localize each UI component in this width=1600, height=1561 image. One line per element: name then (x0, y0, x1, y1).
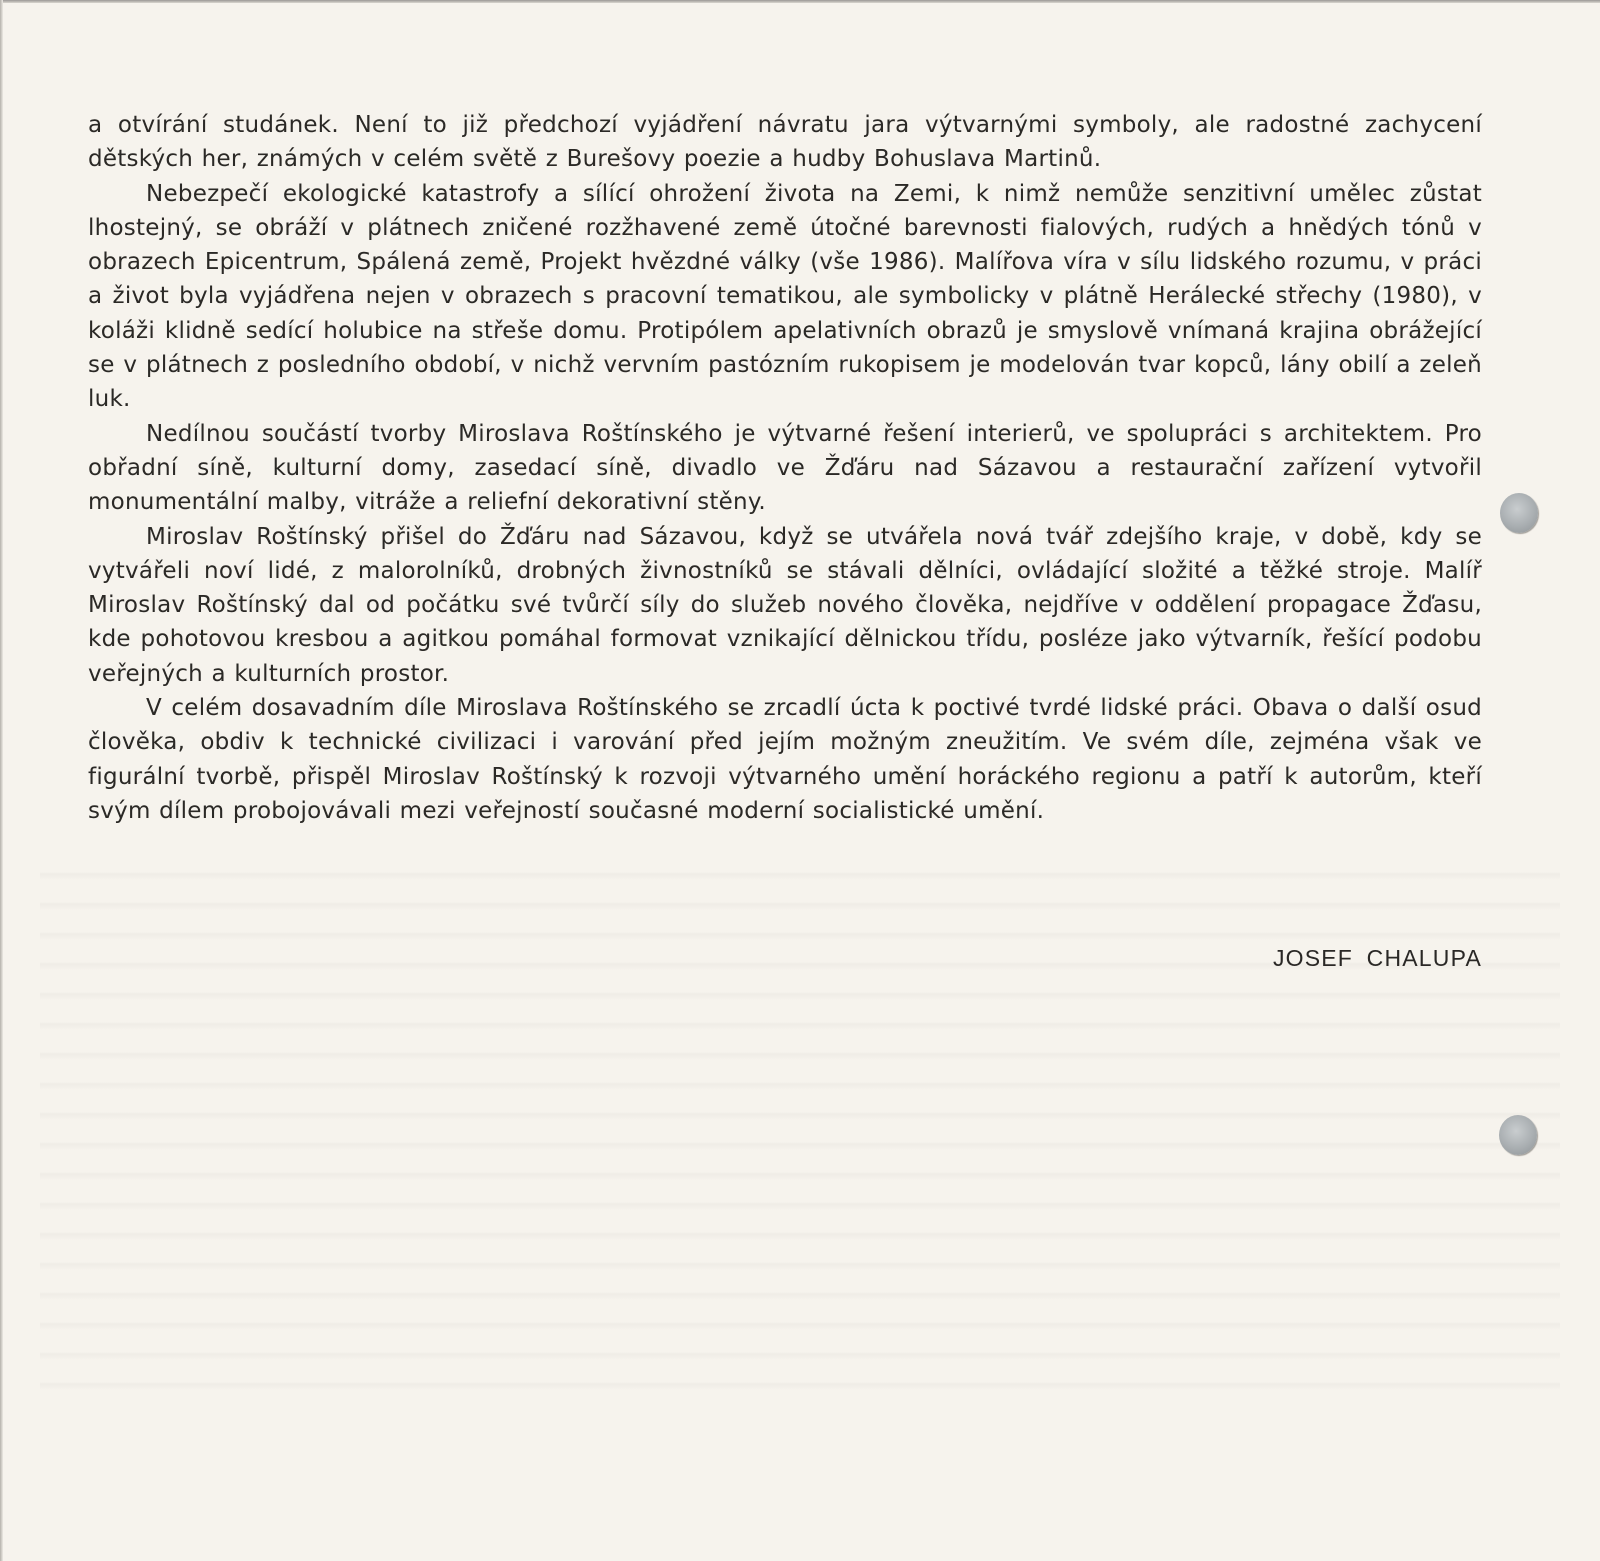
author-signature: JOSEF CHALUPA (1273, 945, 1482, 972)
punch-hole-icon (1499, 1115, 1537, 1155)
paragraph-4: Miroslav Roštínský přišel do Žďáru nad S… (88, 520, 1482, 691)
article-body: a otvírání studánek. Není to již předcho… (88, 108, 1482, 828)
paragraph-1: a otvírání studánek. Není to již předcho… (88, 108, 1482, 177)
punch-hole-icon (1500, 493, 1538, 533)
page-left-edge (0, 0, 3, 1561)
paragraph-5: V celém dosavadním díle Miroslava Roštín… (88, 691, 1482, 828)
page-top-edge (0, 0, 1600, 3)
paragraph-3: Nedílnou součástí tvorby Miroslava Roští… (88, 417, 1482, 520)
reverse-side-bleed-through (40, 850, 1560, 1410)
paragraph-2: Nebezpečí ekologické katastrofy a sílící… (88, 177, 1482, 417)
